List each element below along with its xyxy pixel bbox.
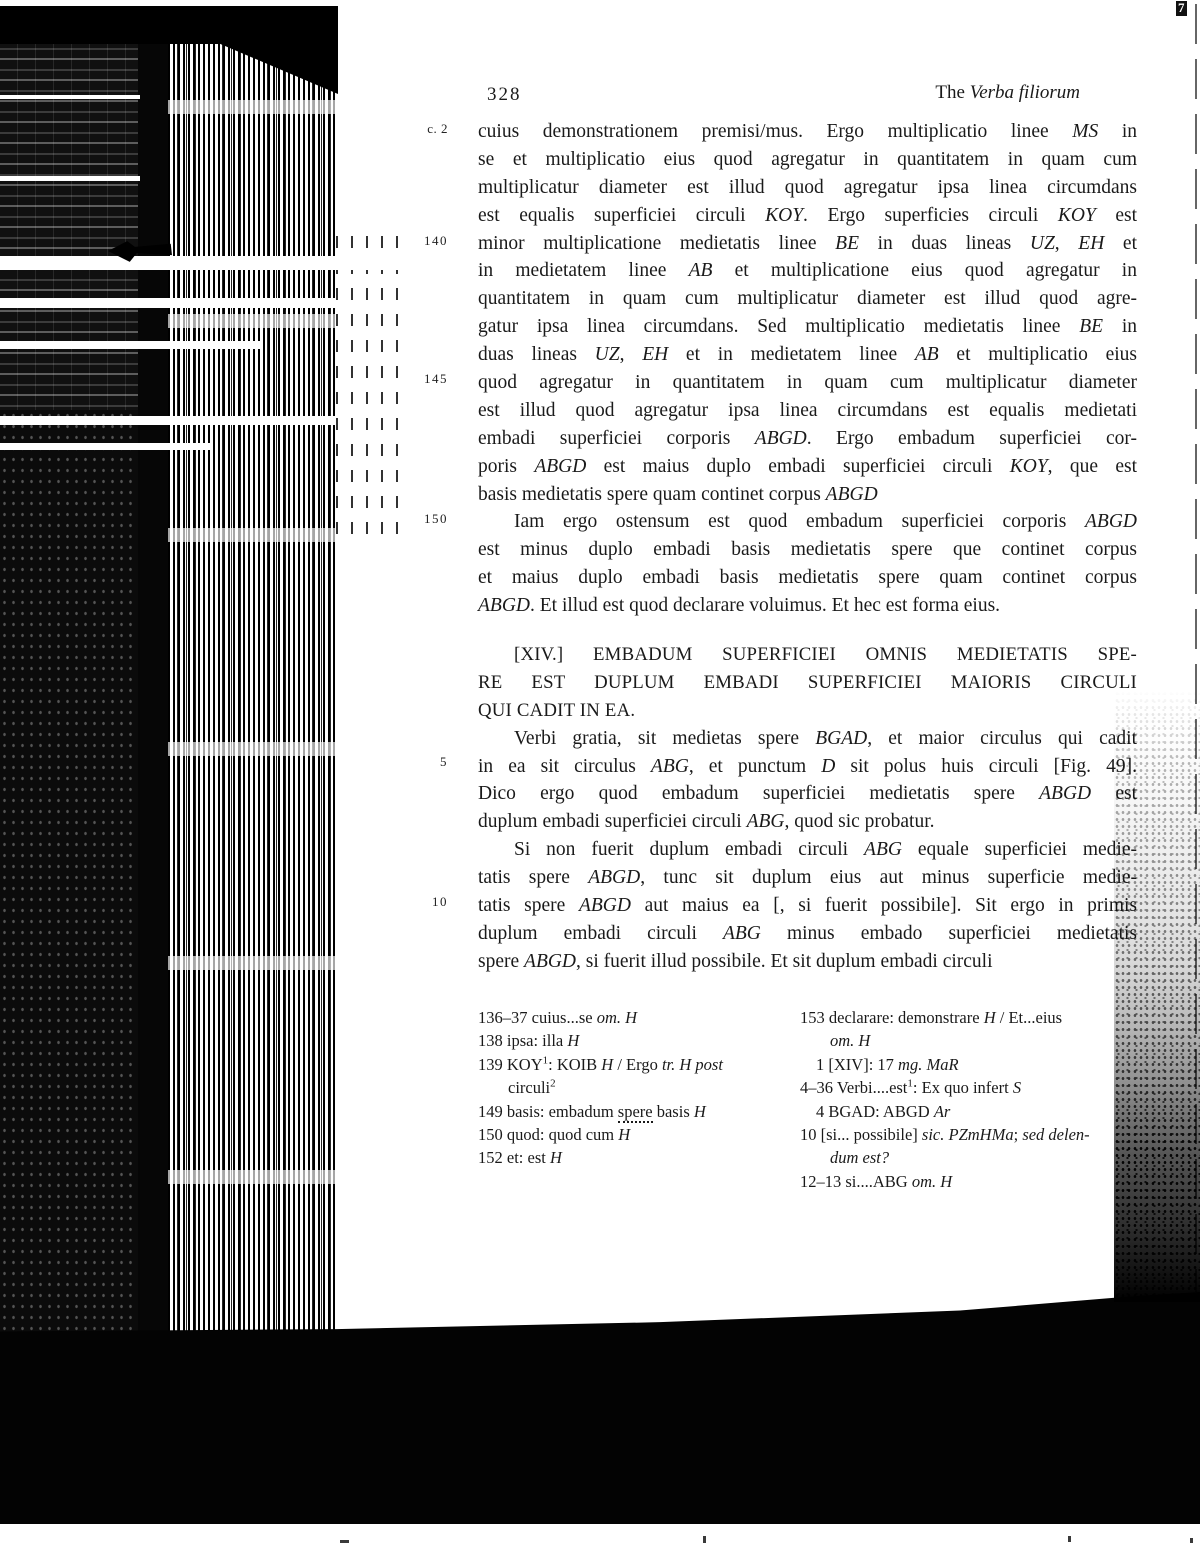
proposition-heading-xiv: [XIV.] EMBADUM SUPERFICIEI OMNIS MEDIETA… (478, 641, 1137, 725)
text-segment: BE (1079, 316, 1103, 337)
text-segment: ABGD (579, 895, 631, 916)
text-segment: om. H (597, 1008, 637, 1027)
text-segment: Si non fuerit duplum embadi circuli (514, 839, 864, 860)
text-line: Si non fuerit duplum embadi circuli ABG … (478, 836, 1137, 864)
text-line: et maius duplo embadi basis medietatis s… (478, 564, 1137, 592)
text-segment: 150 quod: quod cum (478, 1125, 618, 1144)
scan-speck (1190, 1538, 1193, 1543)
text-segment: est illud quod agregatur ipsa linea circ… (478, 400, 1137, 421)
text-line: multiplicatur diameter est illud quod ag… (478, 174, 1137, 202)
text-segment: BE (835, 233, 859, 254)
text-line: QUI CADIT IN EA. (478, 697, 1137, 725)
text-line: poris ABGD est maius duplo embadi superf… (478, 453, 1137, 481)
text-segment: EH (642, 344, 668, 365)
text-line: duas lineas UZ, EH et in medietatem line… (478, 341, 1137, 369)
text-segment: 12–13 si....ABG (800, 1172, 912, 1191)
margin-line-number-145: 145 (370, 371, 448, 387)
text-segment: in ea sit circulus (478, 756, 651, 777)
text-line: basis medietatis spere quam continet cor… (478, 481, 1137, 509)
text-line: est illud quod agregatur ipsa linea circ… (478, 397, 1137, 425)
text-line: 4–36 Verbi....est1: Ex quo infert S (800, 1076, 1156, 1099)
text-segment: equale superficiei medie- (902, 839, 1137, 860)
text-line: 138 ipsa: illa H (478, 1029, 808, 1052)
text-segment: et maius duplo embadi basis medietatis s… (478, 567, 1137, 588)
text-segment: in (1103, 316, 1137, 337)
text-segment: 1 [XIV]: 17 (816, 1055, 898, 1074)
apparatus-right-column: 153 declarare: demonstrare H / Et...eius… (800, 1006, 1156, 1193)
text-segment: est (1096, 205, 1137, 226)
text-line: tatis spere ABGD, tunc sit duplum eius a… (478, 864, 1137, 892)
text-segment: S (1013, 1078, 1021, 1097)
text-segment: spere (618, 1102, 653, 1123)
text-segment: ABGD (478, 595, 530, 616)
text-segment: basis (653, 1102, 694, 1121)
scan-speck (1068, 1536, 1071, 1542)
text-line: tatis spere ABGD aut maius ea [, si fuer… (478, 892, 1137, 920)
page-number: 328 (487, 84, 522, 106)
text-segment: multiplicatur diameter est illud quod ag… (478, 177, 1137, 198)
text-segment: ABGD (588, 867, 640, 888)
text-segment: embadi superficiei corporis (478, 428, 755, 449)
text-segment: om. H (830, 1031, 870, 1050)
text-line: minor multiplicatione medietatis linee B… (478, 230, 1137, 258)
margin-line-number-140: 140 (370, 233, 448, 249)
text-segment: . Et illud est quod declarare voluimus. … (530, 595, 1000, 616)
text-segment: Ar (934, 1102, 951, 1121)
scanned-book-page: 7 328 The Verba filiorum c. 2 140 145 15… (0, 0, 1200, 1552)
text-line: om. H (800, 1029, 1156, 1052)
text-segment: , que est (1048, 456, 1137, 477)
text-line: in ea sit circulus ABG, et punctum D sit… (478, 753, 1137, 781)
text-segment: , si fuerit illud possibile. Et sit dupl… (576, 951, 993, 972)
text-segment: H (984, 1008, 996, 1027)
text-segment: . Ergo embadum superficiei cor- (807, 428, 1137, 449)
text-segment: , quod sic probatur. (785, 811, 935, 832)
text-line: 12–13 si....ABG om. H (800, 1170, 1156, 1193)
text-segment: cuius demonstrationem premisi/mus. Ergo … (478, 121, 1072, 142)
text-segment: ABGD (534, 456, 586, 477)
text-line: quod agregatur in quantitatem in quam cu… (478, 369, 1137, 397)
text-segment: duas lineas (478, 344, 595, 365)
text-segment: , et punctum (689, 756, 821, 777)
text-segment: Verbi gratia, sit medietas spere (514, 728, 815, 749)
text-segment: sed delen- (1022, 1125, 1089, 1144)
text-line: RE EST DUPLUM EMBADI SUPERFICIEI MAIORIS… (478, 669, 1137, 697)
text-segment: Dico ergo quod embadum superficiei medie… (478, 783, 1039, 804)
running-head-title: Verba filiorum (970, 82, 1080, 103)
scan-speck (340, 1540, 349, 1543)
text-line: 149 basis: embadum spere basis H (478, 1100, 808, 1123)
text-segment: D (821, 756, 835, 777)
text-line: 150 quod: quod cum H (478, 1123, 808, 1146)
text-segment: spere (478, 951, 524, 972)
text-segment: RE EST DUPLUM EMBADI SUPERFICIEI MAIORIS… (478, 672, 1137, 693)
text-line: 1 [XIV]: 17 mg. MaR (800, 1053, 1156, 1076)
text-segment: H (567, 1031, 579, 1050)
text-line: 4 BGAD: ABGD Ar (800, 1100, 1156, 1123)
text-segment: om. H (912, 1172, 952, 1191)
text-segment: BGAD (815, 728, 867, 749)
text-segment: in duas lineas (859, 233, 1030, 254)
text-segment: ABGD (1039, 783, 1091, 804)
text-segment: H (601, 1055, 613, 1074)
text-segment: : Ex quo infert (913, 1078, 1013, 1097)
text-segment: est equalis superficiei circuli (478, 205, 765, 226)
paragraph-4-13: Verbi gratia, sit medietas spere BGAD, e… (478, 725, 1137, 976)
text-segment: AB (689, 260, 713, 281)
right-edge-speckle-noise (1114, 690, 1200, 1302)
text-segment: in medietatem linee (478, 260, 689, 281)
text-segment: KOY (765, 205, 803, 226)
margin-line-number-5: 5 (370, 754, 448, 770)
text-line: Verbi gratia, sit medietas spere BGAD, e… (478, 725, 1137, 753)
text-segment: ; (1014, 1125, 1023, 1144)
text-segment: 4 BGAD: ABGD (816, 1102, 934, 1121)
text-segment: 149 basis: embadum (478, 1102, 618, 1121)
text-segment: 136–37 cuius...se (478, 1008, 597, 1027)
text-segment: mg. MaR (898, 1055, 959, 1074)
text-segment: et (1104, 233, 1137, 254)
text-segment: duplum embadi superficiei circuli (478, 811, 747, 832)
text-line: se et multiplicatio eius quod agregatur … (478, 146, 1137, 174)
text-segment: ABGD (826, 484, 878, 505)
text-segment: est minus duplo embadi basis medietatis … (478, 539, 1137, 560)
text-segment: 153 declarare: demonstrare (800, 1008, 984, 1027)
text-line: est equalis superficiei circuli KOY. Erg… (478, 202, 1137, 230)
text-segment: ABGD (755, 428, 807, 449)
text-segment: EH (1078, 233, 1104, 254)
text-segment: , et maior circulus qui cadit (867, 728, 1137, 749)
text-segment: ABG (864, 839, 902, 860)
running-head-prefix: The (935, 82, 969, 103)
text-segment: tatis spere (478, 895, 579, 916)
text-segment: gatur ipsa linea circumdans. Sed multipl… (478, 316, 1079, 337)
text-segment: H (550, 1148, 562, 1167)
text-segment: 152 et: est (478, 1148, 550, 1167)
text-segment: in (1098, 121, 1137, 142)
text-segment: 139 KOY (478, 1055, 543, 1074)
text-line: est minus duplo embadi basis medietatis … (478, 536, 1137, 564)
text-segment: dum est? (830, 1148, 889, 1167)
text-line: 153 declarare: demonstrare H / Et...eius (800, 1006, 1156, 1029)
text-segment: UZ (1030, 233, 1055, 254)
text-segment: sit polus huis circuli [Fig. 49]. (835, 756, 1137, 777)
text-segment: Iam ergo ostensum est quod embadum super… (514, 511, 1085, 532)
running-head: The Verba filiorum (858, 82, 1080, 104)
text-segment: , (1055, 233, 1079, 254)
text-segment: , tunc sit duplum eius aut minus superfi… (640, 867, 1137, 888)
text-segment: [XIV.] EMBADUM SUPERFICIEI OMNIS MEDIETA… (514, 644, 1137, 665)
text-segment: ABG (651, 756, 689, 777)
text-line: Iam ergo ostensum est quod embadum super… (478, 508, 1137, 536)
text-segment: ABGD (1085, 511, 1137, 532)
text-line: embadi superficiei corporis ABGD. Ergo e… (478, 425, 1137, 453)
main-text-column: cuius demonstrationem premisi/mus. Ergo … (478, 118, 1137, 976)
text-line: 152 et: est H (478, 1146, 808, 1169)
text-line: dum est? (800, 1146, 1156, 1169)
text-segment: ABG (747, 811, 785, 832)
text-segment: / Ergo (613, 1055, 662, 1074)
text-segment: quod agregatur in quantitatem in quam cu… (478, 372, 1137, 393)
text-segment: minus embado superficiei medietatis (761, 923, 1137, 944)
text-line: spere ABGD, si fuerit illud possibile. E… (478, 948, 1137, 976)
text-segment: . Ergo superficies circuli (803, 205, 1058, 226)
text-segment: et multiplicatione eius quod agregatur i… (712, 260, 1137, 281)
text-segment: se et multiplicatio eius quod agregatur … (478, 149, 1137, 170)
text-segment: H (694, 1102, 706, 1121)
scan-speck (703, 1536, 706, 1543)
text-line: Dico ergo quod embadum superficiei medie… (478, 780, 1137, 808)
text-segment: tatis spere (478, 867, 588, 888)
text-line: ABGD. Et illud est quod declarare voluim… (478, 592, 1137, 620)
apparatus-left-column: 136–37 cuius...se om. H138 ipsa: illa H1… (478, 1006, 808, 1170)
text-line: in medietatem linee AB et multiplication… (478, 257, 1137, 285)
text-segment: : KOIB (548, 1055, 601, 1074)
text-line: 139 KOY1: KOIB H / Ergo tr. H post (478, 1053, 808, 1076)
text-segment: et in medietatem linee (668, 344, 915, 365)
text-segment: sic. PZmHMa (922, 1125, 1014, 1144)
text-line: duplum embadi circuli ABG minus embado s… (478, 920, 1137, 948)
text-line: 136–37 cuius...se om. H (478, 1006, 808, 1029)
text-segment: ABGD (524, 951, 576, 972)
text-line: 10 [si... possibile] sic. PZmHMa; sed de… (800, 1123, 1156, 1146)
text-segment: minor multiplicatione medietatis linee (478, 233, 835, 254)
text-line: gatur ipsa linea circumdans. Sed multipl… (478, 313, 1137, 341)
text-segment: tr. H post (662, 1055, 723, 1074)
text-line: [XIV.] EMBADUM SUPERFICIEI OMNIS MEDIETA… (478, 641, 1137, 669)
text-segment: ABG (723, 923, 761, 944)
margin-line-number-10: 10 (370, 894, 448, 910)
text-segment: KOY (1058, 205, 1096, 226)
text-segment: H (618, 1125, 630, 1144)
text-segment: et multiplicatio eius (939, 344, 1137, 365)
text-line: cuius demonstrationem premisi/mus. Ergo … (478, 118, 1137, 146)
text-line: duplum embadi superficiei circuli ABG, q… (478, 808, 1137, 836)
text-segment: / Et...eius (996, 1008, 1062, 1027)
text-segment: UZ (595, 344, 620, 365)
text-segment: circuli (508, 1078, 550, 1097)
text-segment: AB (915, 344, 939, 365)
text-segment: 138 ipsa: illa (478, 1031, 567, 1050)
paragraph-136-153: cuius demonstrationem premisi/mus. Ergo … (478, 118, 1137, 620)
text-segment: 10 [si... possibile] (800, 1125, 922, 1144)
text-segment: 2 (550, 1078, 556, 1090)
text-segment: est maius duplo embadi superficiei circu… (586, 456, 1009, 477)
margin-note-chapter: c. 2 (370, 121, 448, 137)
margin-line-number-150: 150 (370, 511, 448, 527)
text-segment: KOY (1010, 456, 1048, 477)
text-segment: aut maius ea [, si fuerit possibile]. Si… (631, 895, 1137, 916)
text-segment: duplum embadi circuli (478, 923, 723, 944)
text-segment: poris (478, 456, 534, 477)
text-line: circuli2 (478, 1076, 808, 1099)
text-segment: , (620, 344, 643, 365)
text-segment: quantitatem in quam cum multiplicatur di… (478, 288, 1137, 309)
text-line: quantitatem in quam cum multiplicatur di… (478, 285, 1137, 313)
text-segment: QUI CADIT IN EA. (478, 700, 635, 721)
text-segment: 4–36 Verbi....est (800, 1078, 907, 1097)
text-segment: MS (1072, 121, 1098, 142)
text-segment: basis medietatis spere quam continet cor… (478, 484, 826, 505)
